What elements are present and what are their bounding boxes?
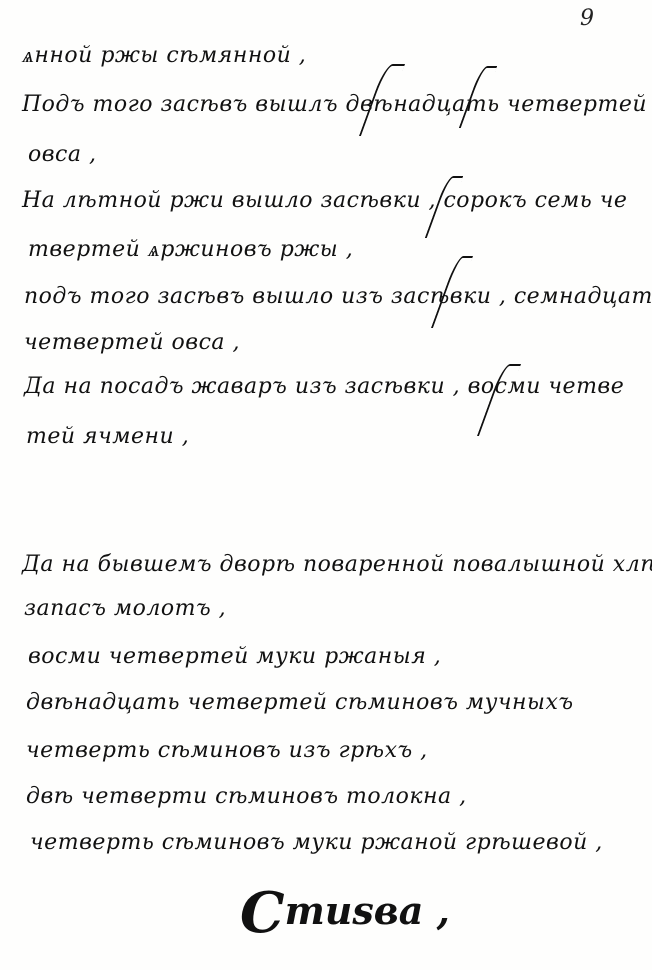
signature-initial: С — [240, 880, 285, 946]
manuscript-line: овса , — [28, 142, 96, 167]
manuscript-line: На лѣтной ржи вышло засѣвки , сорокъ сем… — [22, 188, 627, 213]
manuscript-line: Да на посадъ жаваръ изъ засѣвки , восми … — [24, 374, 624, 399]
manuscript-line: запасъ молотъ , — [24, 596, 226, 621]
signature: Стиsва , — [240, 880, 450, 946]
manuscript-line: четверть сѣминовъ изъ грѣхъ , — [26, 738, 428, 763]
manuscript-line: тей ячмени , — [26, 424, 189, 449]
manuscript-line: Да на бывшемъ дворѣ поваренной повалышно… — [22, 552, 652, 577]
manuscript-line: Подъ того засѣвъ вышлъ двѣнадцать четвер… — [22, 92, 647, 117]
manuscript-line: двѣ четверти сѣминовъ толокна , — [26, 784, 467, 809]
manuscript-line: четверть сѣминовъ муки ржаной грѣшевой , — [30, 830, 603, 855]
manuscript-page: 9 ѧнной ржы сѣмянной , Подъ того засѣвъ … — [0, 0, 652, 970]
manuscript-line: ѧнной ржы сѣмянной , — [22, 42, 306, 68]
manuscript-line: двѣнадцать четвертей сѣминовъ мучныхъ — [26, 690, 574, 715]
page-number: 9 — [580, 6, 594, 31]
manuscript-line: четвертей овса , — [24, 330, 240, 355]
manuscript-line: твертей ѧржиновъ ржы , — [28, 236, 353, 262]
manuscript-line: восми четвертей муки ржаныя , — [28, 644, 441, 669]
signature-rest: тиsва , — [285, 888, 450, 933]
manuscript-line: подъ того засѣвъ вышло изъ засѣвки , сем… — [24, 284, 652, 309]
